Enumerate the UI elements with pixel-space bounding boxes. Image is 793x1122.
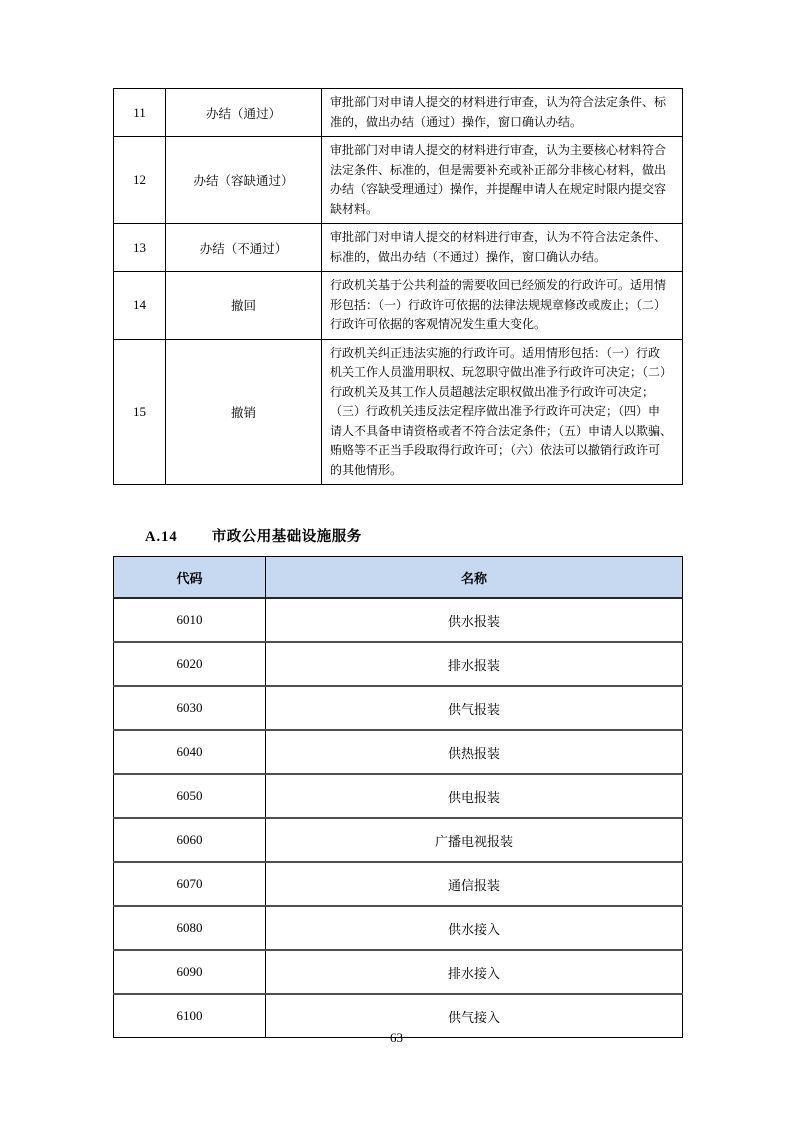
status-description-cell: 审批部门对申请人提交的材料进行审查，认为符合法定条件、标 准的，做出办结（通过）…: [322, 89, 683, 137]
section-number: A.14: [145, 529, 178, 546]
status-name-cell: 办结（通过）: [166, 89, 322, 137]
table-row: 11办结（通过）审批部门对申请人提交的材料进行审查，认为符合法定条件、标 准的，…: [114, 89, 683, 137]
table-row: 6010供水报装: [114, 598, 683, 642]
table-row: 6040供热报装: [114, 730, 683, 774]
service-name-cell: 排水报装: [266, 642, 683, 686]
code-cell: 6030: [114, 686, 266, 730]
status-name-cell: 办结（容缺通过）: [166, 137, 322, 224]
service-name-cell: 供水接入: [266, 906, 683, 950]
municipal-services-table-body: 6010供水报装6020排水报装6030供气报装6040供热报装6050供电报装…: [114, 598, 683, 1038]
service-name-cell: 排水接入: [266, 950, 683, 994]
table-row: 14撤回行政机关基于公共利益的需要收回已经颁发的行政许可。适用情 形包括：（一）…: [114, 272, 683, 340]
row-number-cell: 12: [114, 137, 166, 224]
code-cell: 6040: [114, 730, 266, 774]
service-name-cell: 供气报装: [266, 686, 683, 730]
table-row: 13办结（不通过）审批部门对申请人提交的材料进行审查，认为不符合法定条件、 标准…: [114, 224, 683, 272]
code-cell: 6060: [114, 818, 266, 862]
service-name-cell: 供水报装: [266, 598, 683, 642]
status-name-cell: 撤回: [166, 272, 322, 340]
approval-status-table: 11办结（通过）审批部门对申请人提交的材料进行审查，认为符合法定条件、标 准的，…: [113, 88, 683, 485]
service-name-cell: 通信报装: [266, 862, 683, 906]
status-description-cell: 行政机关基于公共利益的需要收回已经颁发的行政许可。适用情 形包括：（一）行政许可…: [322, 272, 683, 340]
code-cell: 6020: [114, 642, 266, 686]
row-number-cell: 14: [114, 272, 166, 340]
table-row: 12办结（容缺通过）审批部门对申请人提交的材料进行审查，认为主要核心材料符合 法…: [114, 137, 683, 224]
row-number-cell: 15: [114, 339, 166, 485]
table-row: 6020排水报装: [114, 642, 683, 686]
page-content: 11办结（通过）审批部门对申请人提交的材料进行审查，认为符合法定条件、标 准的，…: [113, 88, 682, 1038]
name-column-header: 名称: [266, 557, 683, 599]
table-row: 6060广播电视报装: [114, 818, 683, 862]
code-cell: 6010: [114, 598, 266, 642]
status-description-cell: 审批部门对申请人提交的材料进行审查，认为不符合法定条件、 标准的，做出办结（不通…: [322, 224, 683, 272]
code-cell: 6080: [114, 906, 266, 950]
status-description-cell: 审批部门对申请人提交的材料进行审查，认为主要核心材料符合 法定条件、标准的，但是…: [322, 137, 683, 224]
service-name-cell: 供热报装: [266, 730, 683, 774]
table-row: 6090排水接入: [114, 950, 683, 994]
row-number-cell: 11: [114, 89, 166, 137]
table-row: 6080供水接入: [114, 906, 683, 950]
table-row: 15撤销行政机关纠正违法实施的行政许可。适用情形包括：（一）行政 机关工作人员滥…: [114, 339, 683, 485]
status-name-cell: 撤销: [166, 339, 322, 485]
code-cell: 6090: [114, 950, 266, 994]
approval-status-table-body: 11办结（通过）审批部门对申请人提交的材料进行审查，认为符合法定条件、标 准的，…: [114, 89, 683, 485]
code-cell: 6050: [114, 774, 266, 818]
service-name-cell: 供电报装: [266, 774, 683, 818]
table-header-row: 代码 名称: [114, 557, 683, 599]
table-row: 6050供电报装: [114, 774, 683, 818]
section-title: 市政公用基础设施服务: [212, 529, 362, 545]
page-number: 63: [0, 1030, 793, 1046]
status-description-cell: 行政机关纠正违法实施的行政许可。适用情形包括：（一）行政 机关工作人员滥用职权、…: [322, 339, 683, 485]
service-name-cell: 广播电视报装: [266, 818, 683, 862]
table-row: 6030供气报装: [114, 686, 683, 730]
section-heading: A.14 市政公用基础设施服务: [145, 525, 682, 546]
code-cell: 6070: [114, 862, 266, 906]
code-column-header: 代码: [114, 557, 266, 599]
row-number-cell: 13: [114, 224, 166, 272]
municipal-services-table: 代码 名称 6010供水报装6020排水报装6030供气报装6040供热报装60…: [113, 556, 683, 1038]
table-row: 6070通信报装: [114, 862, 683, 906]
status-name-cell: 办结（不通过）: [166, 224, 322, 272]
document-page: 11办结（通过）审批部门对申请人提交的材料进行审查，认为符合法定条件、标 准的，…: [0, 0, 793, 1122]
